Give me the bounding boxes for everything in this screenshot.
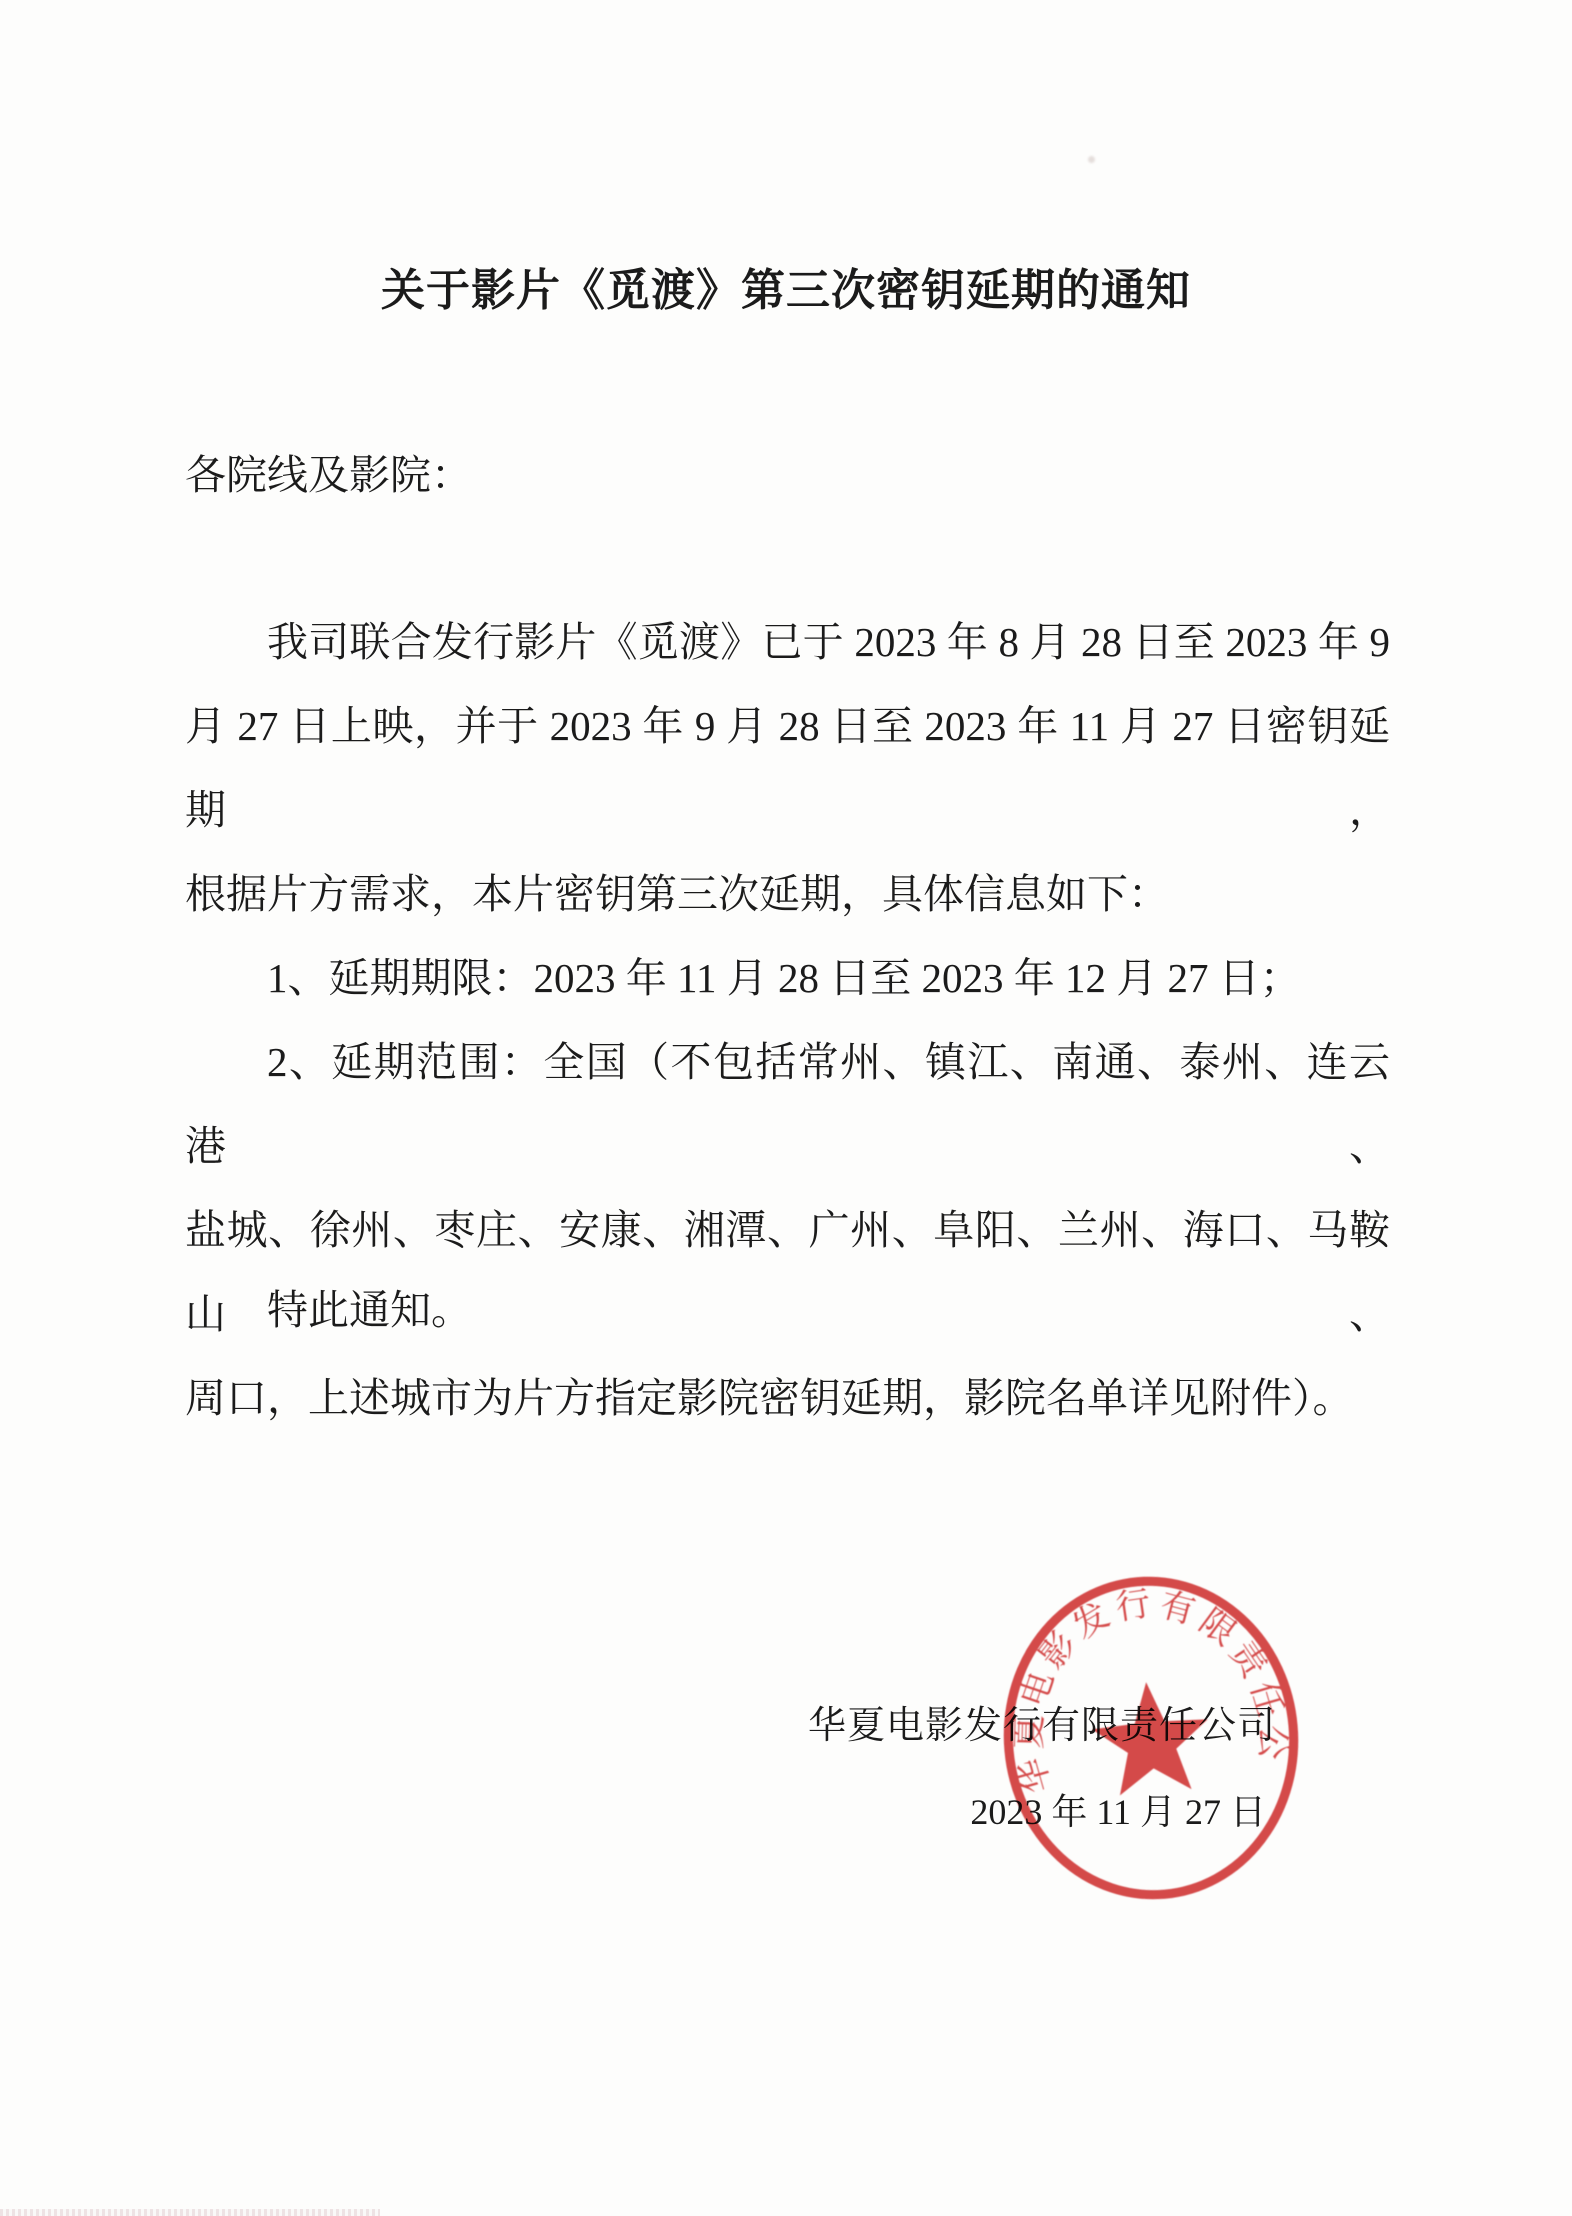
scan-speck-artifact xyxy=(1088,156,1095,163)
document-title: 关于影片《觅渡》第三次密钥延期的通知 xyxy=(0,261,1572,321)
closing-phrase: 特此通知。 xyxy=(185,1268,1390,1352)
salutation: 各院线及影院： xyxy=(185,433,1390,517)
list-item-2-line1: 2、延期范围：全国（不包括常州、镇江、南通、泰州、连云港、 xyxy=(185,1020,1390,1188)
list-item-2-line3: 周口，上述城市为片方指定影院密钥延期，影院名单详见附件）。 xyxy=(185,1356,1390,1440)
signature-company-name: 华夏电影发行有限责任公司 xyxy=(808,1696,1276,1756)
seal-arc-text-container: 华夏电影发行有限责任公司 xyxy=(984,1557,1296,1800)
list-item-1: 1、延期期限：2023 年 11 月 28 日至 2023 年 12 月 27 … xyxy=(185,936,1390,1020)
scanner-edge-artifact xyxy=(0,2209,380,2216)
seal-company-text: 华夏电影发行有限责任公司 xyxy=(984,1557,1296,1800)
signature-date: 2023 年 11 月 27 日 xyxy=(970,1782,1266,1842)
paragraph1-line2: 月 27 日上映，并于 2023 年 9 月 28 日至 2023 年 11 月… xyxy=(185,684,1390,852)
paragraph1-line3: 根据片方需求，本片密钥第三次延期，具体信息如下： xyxy=(185,852,1390,936)
paragraph1-line1: 我司联合发行影片《觅渡》已于 2023 年 8 月 28 日至 2023 年 9 xyxy=(185,600,1390,684)
notice-document-page: 关于影片《觅渡》第三次密钥延期的通知 各院线及影院： 我司联合发行影片《觅渡》已… xyxy=(0,0,1572,2216)
